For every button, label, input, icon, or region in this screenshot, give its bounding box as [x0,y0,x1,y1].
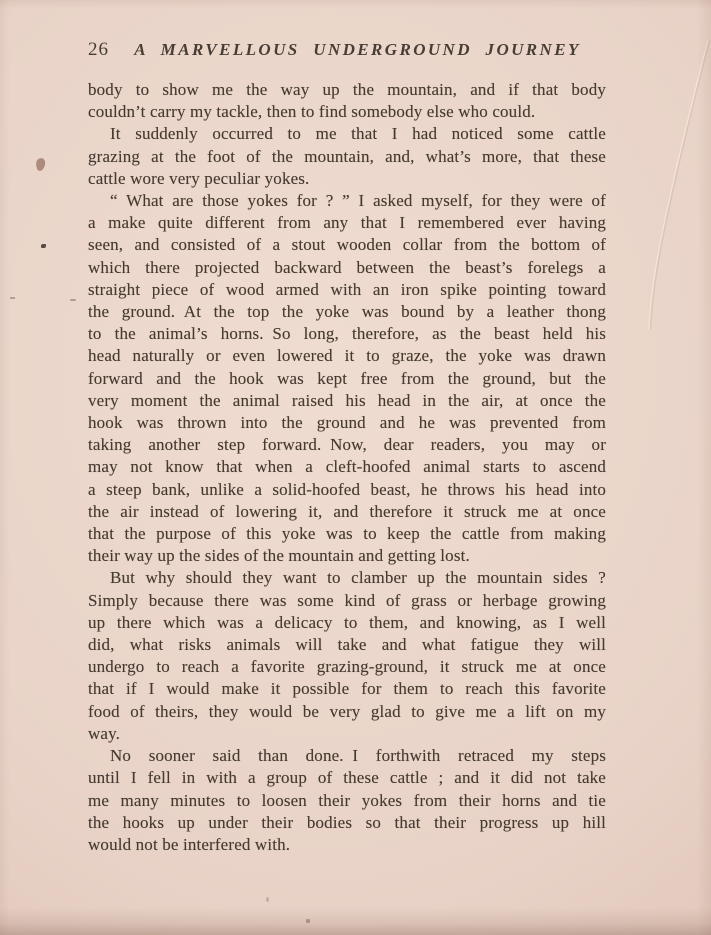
text-line: head naturally or even lowered it to gra… [88,345,606,367]
text-line: grazing at the foot of the mountain, and… [88,146,606,168]
text-line: that the purpose of this yoke was to kee… [88,523,606,545]
ink-speck [41,244,46,248]
text-line: did, what risks animals will take and wh… [88,634,606,656]
running-title: A MARVELLOUS UNDERGROUND JOURNEY [109,40,606,60]
book-page-scan: 26 A MARVELLOUS UNDERGROUND JOURNEY body… [0,0,711,935]
text-line: food of theirs, they would be very glad … [88,701,606,723]
text-line: until I fell in with a group of these ca… [88,767,606,789]
text-line: a steep bank, unlike a solid-hoofed beas… [88,479,606,501]
text-line: the air instead of lowering it, and ther… [88,501,606,523]
text-line: hook was thrown into the ground and he w… [88,412,606,434]
text-line: taking another step forward. Now, dear r… [88,434,606,456]
text-line: which there projected backward between t… [88,257,606,279]
text-line: forward and the hook was kept free from … [88,368,606,390]
page-header: 26 A MARVELLOUS UNDERGROUND JOURNEY [88,39,606,61]
text-line: the ground. At the top the yoke was boun… [88,301,606,323]
text-line: body to show me the way up the mountain,… [88,79,606,101]
paper-stain [35,157,46,171]
text-line: me many minutes to loosen their yokes fr… [88,790,606,812]
text-line: “ What are those yokes for ? ” I asked m… [88,190,606,212]
text-line: cattle wore very peculiar yokes. [88,168,606,190]
text-line: No sooner said than done. I forthwith re… [88,745,606,767]
text-line: very moment the animal raised his head i… [88,390,606,412]
text-line: would not be interfered with. [88,834,606,856]
text-line: undergo to reach a favorite grazing-grou… [88,656,606,678]
paper-crease [621,0,711,330]
text-line: Simply because there was some kind of gr… [88,590,606,612]
paper-mark [305,919,310,923]
text-line: the hooks up under their bodies so that … [88,812,606,834]
text-line: straight piece of wood armed with an iro… [88,279,606,301]
text-line: But why should they want to clamber up t… [88,567,606,589]
text-line: It suddenly occurred to me that I had no… [88,123,606,145]
text-line: way. [88,723,606,745]
paper-mark [10,297,15,299]
text-line: seen, and consisted of a stout wooden co… [88,234,606,256]
paper-mark [266,897,269,902]
text-line: that if I would make it possible for the… [88,678,606,700]
page-number: 26 [88,39,109,61]
text-line: couldn’t carry my tackle, then to find s… [88,101,606,123]
text-line: their way up the sides of the mountain a… [88,545,606,567]
text-line: to the animal’s horns. So long, therefor… [88,323,606,345]
text-column: body to show me the way up the mountain,… [88,79,606,856]
text-line: a make quite different from any that I r… [88,212,606,234]
text-line: up there which was a delicacy to them, a… [88,612,606,634]
text-line: may not know that when a cleft-hoofed an… [88,456,606,478]
paper-mark [70,299,76,301]
